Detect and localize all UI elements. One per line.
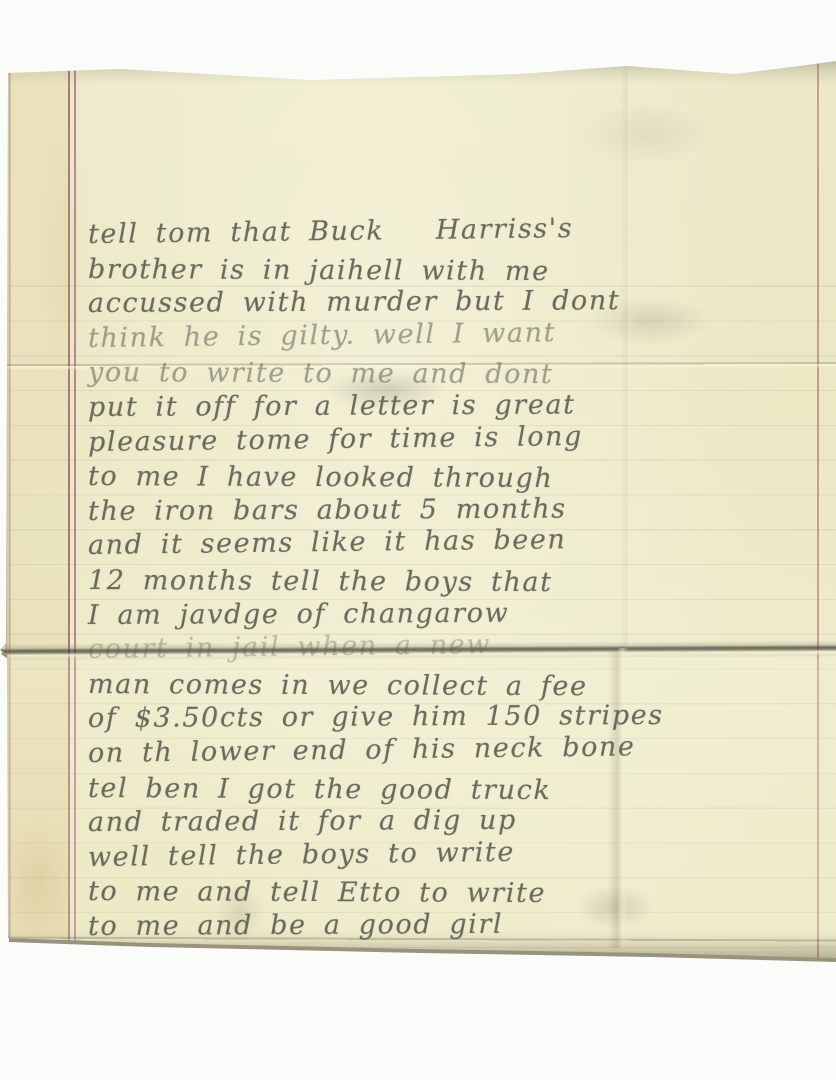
scan-background: tell tom that Buck Harriss's brother is … (0, 0, 836, 1080)
handwritten-letter-body: tell tom that Buck Harriss's brother is … (88, 219, 830, 945)
letter-line: and it seems like it has been (88, 521, 830, 565)
paper-top-edge (0, 58, 836, 84)
paper-left-edge (6, 60, 12, 950)
letter-line: tell tom that Buck Harriss's (88, 210, 830, 254)
letter-line: to me and be a good girl (88, 907, 830, 945)
smudge-stain (545, 88, 745, 178)
letter-paper: tell tom that Buck Harriss's brother is … (0, 0, 836, 1080)
